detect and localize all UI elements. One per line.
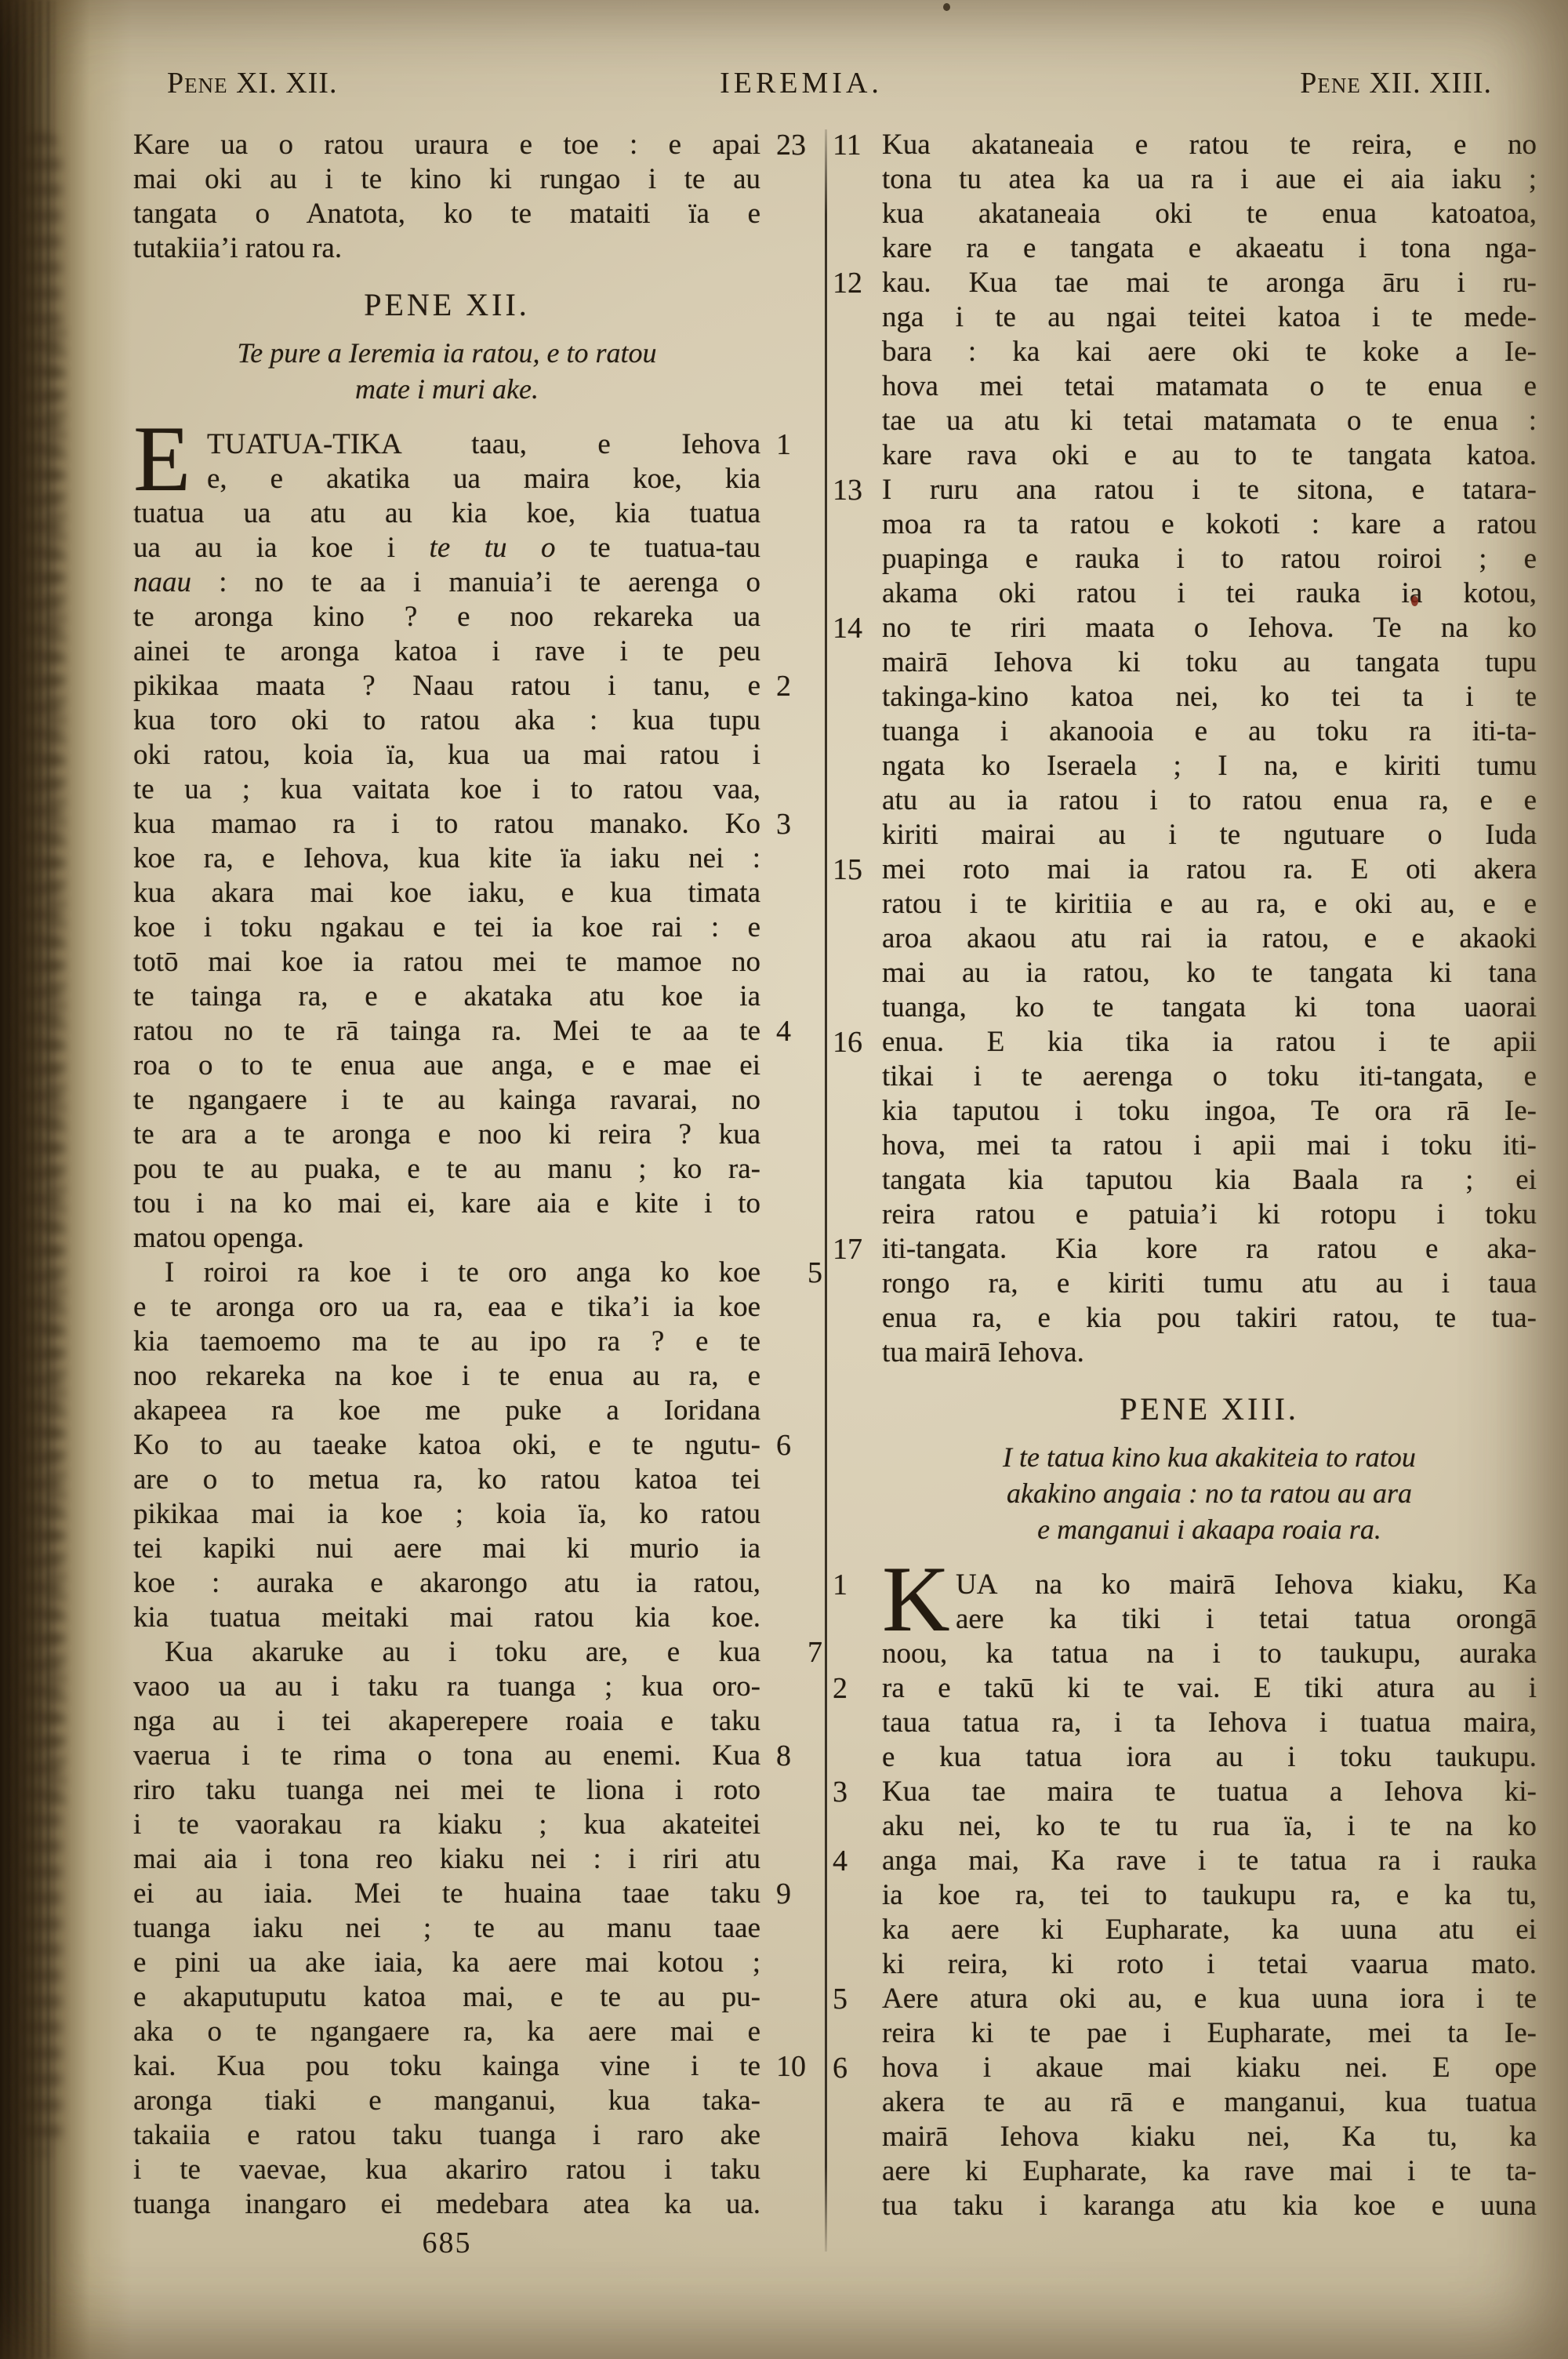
- text-segment: totō mai koe ia ratou mei te mamoe no: [133, 946, 760, 978]
- text-line: takaiia e ratou taku tuanga i raro ake: [133, 2118, 760, 2153]
- text-line: vaerua i te rima o tona au enemi. Kua8: [133, 1739, 760, 1773]
- text-segment: te tuatua-tau: [555, 532, 760, 564]
- verse-number: 3: [833, 1775, 878, 1809]
- text-segment: I roiroi ra koe i te oro anga ko koe: [165, 1256, 760, 1289]
- text-segment: kiriti mairai au i te ngutuare o Iuda: [882, 819, 1537, 851]
- text-segment: tuanga i akanooia e au toku ra iti-ta-: [882, 715, 1537, 747]
- text-segment: vaoo ua au i taku ra tuanga ; kua oro-: [133, 1670, 760, 1703]
- text-line: tei kapiki nui aere mai ki murio ia: [133, 1532, 760, 1566]
- text-line: tuanga iaku nei ; te au manu taae: [133, 1911, 760, 1946]
- text-segment: aka o te ngangaere ra, ka aere mai e: [133, 2016, 760, 2048]
- text-line: koe i toku ngakau e tei ia koe rai : e: [133, 911, 760, 945]
- text-segment: akama oki ratou i tei rauka ia kotou,: [882, 577, 1537, 609]
- text-line: ia koe ra, tei to taukupu ra, e ka tu,: [882, 1878, 1537, 1913]
- text-line: akapeea ra koe me puke a Ioridana: [133, 1394, 760, 1428]
- verse-number: 7: [776, 1635, 822, 1670]
- text-line: reira ki te pae i Eupharate, mei ta Ie-: [882, 2016, 1537, 2051]
- text-line: te ara a te aronga e noo ki reira ? kua: [133, 1118, 760, 1152]
- text-line: ngata ko Iseraela ; I na, e kiriti tumu: [882, 749, 1537, 783]
- chapter-summary-line: mate i muri ake.: [133, 371, 760, 407]
- text-line: ka aere ki Eupharate, ka uuna atu ei: [882, 1913, 1537, 1947]
- chapter-summary-line: e manganui i akaapa roaia ra.: [882, 1511, 1537, 1547]
- verse-number: 5: [776, 1256, 822, 1290]
- text-segment: tae ua atu ki tetai matamata o te enua :: [882, 405, 1537, 437]
- text-line: aere ki Eupharate, ka rave mai i te ta-: [882, 2154, 1537, 2189]
- text-segment: Kua akataneaia e ratou te reira, e no: [882, 129, 1537, 161]
- text-segment: no te riri maata o Iehova. Te na ko: [882, 612, 1537, 644]
- text-segment: ei au iaia. Mei te huaina taae taku: [133, 1877, 760, 1910]
- text-segment: aronga tiaki e manganui, kua taka-: [133, 2085, 760, 2117]
- text-line: ki reira, ki roto i tetai vaarua mato.: [882, 1947, 1537, 1982]
- text-line: tuatua ua atu au kia koe, kia tuatua: [133, 496, 760, 531]
- text-segment: kare rava oki e au to te tangata katoa.: [882, 439, 1537, 471]
- text-segment: mairā Iehova ki toku au tangata tupu: [882, 646, 1537, 678]
- text-line: mairā Iehova kiaku nei, Ka tu, ka: [882, 2120, 1537, 2154]
- verse-number: 3: [776, 807, 822, 841]
- text-line: tou i na ko mai ei, kare aia e kite i to: [133, 1187, 760, 1221]
- text-line: taua tatua ra, i ta Iehova i tuatua mair…: [882, 1706, 1537, 1740]
- text-line: noou, ka tatua na i to taukupu, auraka: [882, 1637, 1537, 1671]
- verse-number: 8: [776, 1739, 822, 1773]
- text-segment: ngata ko Iseraela ; I na, e kiriti tumu: [882, 750, 1537, 782]
- column-divider-rule: [825, 129, 827, 2252]
- text-line: roa o to te enua aue anga, e e mae ei: [133, 1049, 760, 1083]
- text-line: e kua tatua iora au i toku taukupu.: [882, 1740, 1537, 1775]
- text-segment: atu au ia ratou i to ratou enua ra, e e: [882, 784, 1537, 816]
- text-segment: tuanga inangaro ei medebara atea ka ua.: [133, 2188, 760, 2220]
- text-line: hova mei tetai matamata o te enua e: [882, 369, 1537, 404]
- verse-number: 14: [833, 611, 878, 645]
- text-line: te aronga kino ? e noo rekareka ua: [133, 600, 760, 634]
- text-segment: aroa akaou atu rai ia ratou, e e akaoki: [882, 922, 1537, 954]
- text-line: ua au ia koe i te tu o te tuatua-tau: [133, 531, 760, 565]
- verse-number: 6: [776, 1428, 822, 1463]
- text-segment: Te pure a Ieremia ia ratou, e to ratou: [238, 337, 657, 369]
- text-segment: mai aia i tona reo kiaku nei : i riri at…: [133, 1843, 760, 1875]
- text-segment: Aere atura oki au, e kua uuna iora i te: [882, 1983, 1537, 2015]
- text-line: Ko to au taeake katoa oki, e te ngutu-6: [133, 1428, 760, 1463]
- text-segment: ainei te aronga katoa i rave i te peu: [133, 635, 760, 667]
- chapter-heading: PENE XII.: [133, 286, 760, 324]
- text-line: koe : auraka e akarongo atu ia ratou,: [133, 1566, 760, 1601]
- text-segment: tua mairā Iehova.: [882, 1336, 1084, 1369]
- text-line: takinga-kino katoa nei, ko tei ta i te: [882, 680, 1537, 714]
- text-line: atu au ia ratou i to ratou enua ra, e e: [882, 783, 1537, 818]
- text-segment: nga au i tei akaperepere roaia e taku: [133, 1705, 760, 1737]
- text-segment: kua mamao ra i to ratou manako. Ko: [133, 808, 760, 840]
- text-line: Kua tae maira te tuatua a Iehova ki-3: [882, 1775, 1537, 1809]
- text-line: kiriti mairai au i te ngutuare o Iuda: [882, 818, 1537, 852]
- text-line: aku nei, ko te tu rua ïa, i te na ko: [882, 1809, 1537, 1844]
- text-line: tuanga i akanooia e au toku ra iti-ta-: [882, 714, 1537, 749]
- text-line: moa ra ta ratou e kokoti : kare a ratou: [882, 507, 1537, 542]
- text-line: matou openga.: [133, 1221, 760, 1256]
- verse-number: 23: [776, 128, 822, 162]
- text-segment: ra e takū ki te vai. E tiki atura au i: [882, 1672, 1537, 1704]
- text-segment: enua. E kia tika ia ratou i te apii: [882, 1026, 1537, 1058]
- page-number: 685: [133, 2226, 760, 2260]
- text-segment: pikikaa maata ? Naau ratou i tanu, e: [133, 670, 760, 702]
- text-segment: e, e akatika ua maira koe, kia: [207, 463, 760, 495]
- text-line: i te vaevae, kua akariro ratou i taku: [133, 2153, 760, 2187]
- text-line: reira ratou e patuia’i ki rotopu i toku: [882, 1198, 1537, 1232]
- text-segment: anga mai, Ka rave i te tatua ra i rauka: [882, 1845, 1537, 1877]
- text-line: Kua akataneaia e ratou te reira, e no11: [882, 128, 1537, 162]
- text-segment: Kare ua o ratou uraura e toe : e apai: [133, 129, 760, 161]
- running-header-right: Pene XII. XIII.: [1300, 66, 1492, 100]
- text-segment: rongo ra, e kiriti tumu atu au i taua: [882, 1267, 1537, 1299]
- text-segment: moa ra ta ratou e kokoti : kare a ratou: [882, 508, 1537, 540]
- text-segment: kare ra e tangata e akaeatu i tona nga-: [882, 232, 1537, 264]
- verse-number: 6: [833, 2051, 878, 2085]
- running-header-title: IEREMIA.: [720, 66, 883, 100]
- text-segment: tuanga iaku nei ; te au manu taae: [133, 1912, 760, 1944]
- verse-number: 16: [833, 1025, 878, 1060]
- text-segment: taua tatua ra, i ta Iehova i tuatua mair…: [882, 1707, 1537, 1739]
- text-line: kua akara mai koe iaku, e kua timata: [133, 876, 760, 911]
- text-line: vaoo ua au i taku ra tuanga ; kua oro-: [133, 1670, 760, 1704]
- text-segment: tikai i te aerenga o toku iti-tangata, e: [882, 1060, 1537, 1092]
- text-line: tuanga inangaro ei medebara atea ka ua.: [133, 2187, 760, 2222]
- text-line: totō mai koe ia ratou mei te mamoe no: [133, 945, 760, 980]
- book-page: Pene XI. XII. IEREMIA. Pene XII. XIII. K…: [0, 0, 1568, 2359]
- text-line: e te aronga oro ua ra, eaa e tika’i ia k…: [133, 1290, 760, 1325]
- text-segment: te tainga ra, e e akataka atu koe ia: [133, 980, 760, 1012]
- text-segment: e akaputuputu katoa mai, e te au pu-: [133, 1981, 760, 2013]
- text-segment: mei roto mai ia ratou ra. E oti akera: [882, 853, 1537, 885]
- text-line: tae ua atu ki tetai matamata o te enua :: [882, 404, 1537, 438]
- text-segment: mai oki au i te kino ki rungao i te au: [133, 163, 760, 195]
- verse-number: 11: [833, 128, 878, 162]
- text-line: I ruru ana ratou i te sitona, e tatara-1…: [882, 473, 1537, 507]
- text-segment: hova mei tetai matamata o te enua e: [882, 370, 1537, 402]
- text-line: tutakiia’i ratou ra.: [133, 231, 760, 266]
- text-segment: hova, mei ta ratou i apii mai i toku iti…: [882, 1129, 1537, 1161]
- text-line: tangata kia taputou kia Baala ra ; ei: [882, 1163, 1537, 1198]
- verse-number: 15: [833, 852, 878, 887]
- text-line: Kare ua o ratou uraura e toe : e apai23: [133, 128, 760, 162]
- text-segment: te ara a te aronga e noo ki reira ? kua: [133, 1118, 760, 1150]
- text-segment: takaiia e ratou taku tuanga i raro ake: [133, 2119, 760, 2151]
- text-segment: te ua ; kua vaitata koe i to ratou vaa,: [133, 773, 760, 805]
- text-line: oki ratou, koia ïa, kua ua mai ratou i: [133, 738, 760, 772]
- text-segment: Ko to au taeake katoa oki, e te ngutu-: [133, 1429, 760, 1461]
- text-segment: I te tatua kino kua akakiteia to ratou: [1003, 1441, 1416, 1473]
- text-line: aka o te ngangaere ra, ka aere mai e: [133, 2015, 760, 2049]
- text-segment: e kua tatua iora au i toku taukupu.: [882, 1741, 1537, 1773]
- text-segment: tei kapiki nui aere mai ki murio ia: [133, 1532, 760, 1565]
- text-segment: ki reira, ki roto i tetai vaarua mato.: [882, 1948, 1537, 1980]
- text-segment: mate i muri ake.: [355, 373, 539, 405]
- chapter-summary-line: akakino angaia : no ta ratou au ara: [882, 1475, 1537, 1511]
- text-line: e, e akatika ua maira koe, kia: [133, 462, 760, 496]
- text-line: hova i akaue mai kiaku nei. E ope6: [882, 2051, 1537, 2085]
- text-line: kai. Kua pou toku kainga vine i te10: [133, 2049, 760, 2084]
- text-line: kau. Kua tae mai te aronga āru i ru-12: [882, 266, 1537, 300]
- text-segment: PENE XIII.: [1120, 1391, 1299, 1427]
- text-line: enua ra, e kia pou takiri ratou, te tua-: [882, 1301, 1537, 1336]
- text-segment: i te vaorakau ra kiaku ; kua akateitei: [133, 1808, 760, 1841]
- text-line: ra e takū ki te vai. E tiki atura au i2: [882, 1671, 1537, 1706]
- text-segment: tangata o Anatota, ko te mataiti ïa e: [133, 198, 760, 230]
- text-segment: aere ka tiki i tetai tatua orongā: [956, 1603, 1537, 1635]
- text-segment: iti-tangata. Kia kore ra ratou e aka-: [882, 1233, 1537, 1265]
- text-line: riro taku tuanga nei mei te liona i roto: [133, 1773, 760, 1808]
- verse-number: 2: [833, 1671, 878, 1706]
- text-line: aere ka tiki i tetai tatua orongā: [882, 1602, 1537, 1637]
- text-line: mai au ia ratou, ko te tangata ki tana: [882, 956, 1537, 990]
- text-segment: tutakiia’i ratou ra.: [133, 232, 342, 264]
- text-line: ei au iaia. Mei te huaina taae taku9: [133, 1877, 760, 1911]
- chapter-heading: PENE XIII.: [882, 1390, 1537, 1428]
- text-segment: roa o to te enua aue anga, e e mae ei: [133, 1049, 760, 1081]
- chapter-summary-line: I te tatua kino kua akakiteia to ratou: [882, 1439, 1537, 1475]
- verse-number: 13: [833, 473, 878, 507]
- text-line: anga mai, Ka rave i te tatua ra i rauka4: [882, 1844, 1537, 1878]
- text-line: pikikaa maata ? Naau ratou i tanu, e2: [133, 669, 760, 703]
- text-segment: mai au ia ratou, ko te tangata ki tana: [882, 957, 1537, 989]
- text-segment: pou te au puaka, e te au manu ; ko ra-: [133, 1153, 760, 1185]
- text-line: kare rava oki e au to te tangata katoa.: [882, 438, 1537, 473]
- text-line: e pini ua ake iaia, ka aere mai kotou ;: [133, 1946, 760, 1980]
- text-line: kua akataneaia oki te enua katoatoa,: [882, 197, 1537, 231]
- page-edge-bleed-text: [45, 329, 66, 1810]
- text-line: ainei te aronga katoa i rave i te peu: [133, 634, 760, 669]
- text-segment: : no te aa i manuia’i te aerenga o: [191, 566, 760, 598]
- text-segment: reira ratou e patuia’i ki rotopu i toku: [882, 1198, 1537, 1230]
- text-segment: kua toro oki to ratou aka : kua tupu: [133, 704, 760, 736]
- text-line: are o to metua ra, ko ratou katoa tei: [133, 1463, 760, 1497]
- text-line: kare ra e tangata e akaeatu i tona nga-: [882, 231, 1537, 266]
- text-segment: koe i toku ngakau e tei ia koe rai : e: [133, 911, 760, 943]
- italic-text-segment: naau: [133, 566, 191, 598]
- text-line: mairā Iehova ki toku au tangata tupu: [882, 645, 1537, 680]
- text-segment: pikikaa mai ia koe ; koia ïa, ko ratou: [133, 1498, 760, 1530]
- text-column-right: Kua akataneaia e ratou te reira, e no11t…: [882, 128, 1537, 2223]
- text-line: no te riri maata o Iehova. Te na ko14: [882, 611, 1537, 645]
- italic-text-segment: te tu o: [430, 532, 556, 564]
- verse-number: 4: [833, 1844, 878, 1878]
- text-line: koe ra, e Iehova, kua kite ïa iaku nei :: [133, 841, 760, 876]
- text-segment: akakino angaia : no ta ratou au ara: [1007, 1478, 1412, 1509]
- text-segment: kua akataneaia oki te enua katoatoa,: [882, 198, 1537, 230]
- text-segment: koe ra, e Iehova, kua kite ïa iaku nei :: [133, 842, 760, 874]
- text-line: Kua akaruke au i toku are, e kua7: [133, 1635, 760, 1670]
- text-segment: matou openga.: [133, 1222, 304, 1254]
- text-segment: enua ra, e kia pou takiri ratou, te tua-: [882, 1302, 1537, 1334]
- text-line: enua. E kia tika ia ratou i te apii16: [882, 1025, 1537, 1060]
- text-line: noo rekareka na koe i te enua au ra, e: [133, 1359, 760, 1394]
- text-segment: e pini ua ake iaia, ka aere mai kotou ;: [133, 1946, 760, 1979]
- text-line: tona tu atea ka ua ra i aue ei aia iaku …: [882, 162, 1537, 197]
- text-line: e akaputuputu katoa mai, e te au pu-: [133, 1980, 760, 2015]
- text-segment: takinga-kino katoa nei, ko tei ta i te: [882, 681, 1537, 713]
- text-line: tuanga, ko te tangata ki tona uaorai: [882, 990, 1537, 1025]
- text-segment: reira ki te pae i Eupharate, mei ta Ie-: [882, 2017, 1537, 2049]
- text-segment: noo rekareka na koe i te enua au ra, e: [133, 1360, 760, 1392]
- text-segment: noou, ka tatua na i to taukupu, auraka: [882, 1637, 1537, 1670]
- text-segment: kai. Kua pou toku kainga vine i te: [133, 2050, 760, 2082]
- ink-fleck: [1411, 596, 1418, 606]
- text-line: nga i te au ngai teitei katoa i te mede-: [882, 300, 1537, 335]
- text-line: naau : no te aa i manuia’i te aerenga o: [133, 565, 760, 600]
- text-segment: tou i na ko mai ei, kare aia e kite i to: [133, 1187, 760, 1219]
- text-segment: UA na ko mairā Iehova kiaku, Ka: [956, 1568, 1537, 1601]
- text-line: mei roto mai ia ratou ra. E oti akera15: [882, 852, 1537, 887]
- text-segment: kia taemoemo ma te au ipo ra ? e te: [133, 1325, 760, 1358]
- verse-number: 1: [833, 1568, 878, 1602]
- text-line: bara : ka kai aere oki te koke a Ie-: [882, 335, 1537, 369]
- text-segment: hova i akaue mai kiaku nei. E ope: [882, 2052, 1537, 2084]
- text-line: tua taku i karanga atu kia koe e uuna: [882, 2189, 1537, 2223]
- text-line: iti-tangata. Kia kore ra ratou e aka-17: [882, 1232, 1537, 1267]
- text-line: pou te au puaka, e te au manu ; ko ra-: [133, 1152, 760, 1187]
- text-line: te ngangaere i te au kainga ravarai, no: [133, 1083, 760, 1118]
- running-header-left: Pene XI. XII.: [167, 66, 337, 100]
- text-segment: tuatua ua atu au kia koe, kia tuatua: [133, 497, 760, 529]
- text-segment: bara : ka kai aere oki te koke a Ie-: [882, 336, 1537, 368]
- text-segment: Kua tae maira te tuatua a Iehova ki-: [882, 1776, 1537, 1808]
- text-line: tikai i te aerenga o toku iti-tangata, e: [882, 1060, 1537, 1094]
- text-line: I roiroi ra koe i te oro anga ko koe5: [133, 1256, 760, 1290]
- text-line: rongo ra, e kiriti tumu atu au i taua: [882, 1267, 1537, 1301]
- text-line: aroa akaou atu rai ia ratou, e e akaoki: [882, 921, 1537, 956]
- text-line: tua mairā Iehova.: [882, 1336, 1537, 1370]
- text-segment: e manganui i akaapa roaia ra.: [1037, 1514, 1381, 1545]
- text-line: kia taputou i toku ingoa, Te ora rā Ie-: [882, 1094, 1537, 1129]
- text-line: Aere atura oki au, e kua uuna iora i te5: [882, 1982, 1537, 2016]
- text-segment: TUATUA-TIKA taau, e Iehova: [207, 428, 760, 460]
- text-segment: vaerua i te rima o tona au enemi. Kua: [133, 1739, 760, 1772]
- text-line: te ua ; kua vaitata koe i to ratou vaa,: [133, 772, 760, 807]
- text-line: ETUATUA-TIKA taau, e Iehova1: [133, 427, 760, 462]
- text-segment: aku nei, ko te tu rua ïa, i te na ko: [882, 1810, 1537, 1842]
- text-segment: akapeea ra koe me puke a Ioridana: [133, 1394, 760, 1427]
- text-segment: te aronga kino ? e noo rekareka ua: [133, 601, 760, 633]
- text-segment: i te vaevae, kua akariro ratou i taku: [133, 2154, 760, 2186]
- text-segment: nga i te au ngai teitei katoa i te mede-: [882, 301, 1537, 333]
- text-segment: aere ki Eupharate, ka rave mai i te ta-: [882, 2155, 1537, 2187]
- text-line: kia tuatua meitaki mai ratou kia koe.: [133, 1601, 760, 1635]
- text-segment: ratou no te rā tainga ra. Mei te aa te: [133, 1015, 760, 1047]
- text-segment: PENE XII.: [364, 287, 530, 322]
- text-column-left: Kare ua o ratou uraura e toe : e apai23m…: [133, 128, 760, 2222]
- text-segment: tuanga, ko te tangata ki tona uaorai: [882, 991, 1537, 1023]
- text-line: akama oki ratou i tei rauka ia kotou,: [882, 576, 1537, 611]
- verse-number: 9: [776, 1877, 822, 1911]
- text-segment: te ngangaere i te au kainga ravarai, no: [133, 1084, 760, 1116]
- text-segment: akera te au rā e manganui, kua tuatua: [882, 2086, 1537, 2118]
- text-line: akera te au rā e manganui, kua tuatua: [882, 2085, 1537, 2120]
- text-line: kua toro oki to ratou aka : kua tupu: [133, 703, 760, 738]
- text-segment: tua taku i karanga atu kia koe e uuna: [882, 2190, 1537, 2222]
- text-line: KUA na ko mairā Iehova kiaku, Ka1: [882, 1568, 1537, 1602]
- text-segment: kua akara mai koe iaku, e kua timata: [133, 877, 760, 909]
- text-segment: kia tuatua meitaki mai ratou kia koe.: [133, 1601, 760, 1634]
- verse-number: 4: [776, 1014, 822, 1049]
- text-segment: riro taku tuanga nei mei te liona i roto: [133, 1774, 760, 1806]
- verse-number: 10: [776, 2049, 822, 2084]
- text-segment: kia taputou i toku ingoa, Te ora rā Ie-: [882, 1095, 1537, 1127]
- text-line: kua mamao ra i to ratou manako. Ko3: [133, 807, 760, 841]
- paper-speck: [943, 3, 950, 11]
- text-line: aronga tiaki e manganui, kua taka-: [133, 2084, 760, 2118]
- text-segment: ia koe ra, tei to taukupu ra, e ka tu,: [882, 1879, 1537, 1911]
- verse-number: 2: [776, 669, 822, 703]
- text-line: kia taemoemo ma te au ipo ra ? e te: [133, 1325, 760, 1359]
- verse-number: 5: [833, 1982, 878, 2016]
- verse-number: 12: [833, 266, 878, 300]
- text-segment: e te aronga oro ua ra, eaa e tika’i ia k…: [133, 1291, 760, 1323]
- text-line: ratou i te kiritiia e au ra, e oki au, e…: [882, 887, 1537, 921]
- text-segment: mairā Iehova kiaku nei, Ka tu, ka: [882, 2121, 1537, 2153]
- text-segment: puapinga e rauka i to ratou roiroi ; e: [882, 543, 1537, 575]
- text-segment: tona tu atea ka ua ra i aue ei aia iaku …: [882, 163, 1537, 195]
- text-line: hova, mei ta ratou i apii mai i toku iti…: [882, 1129, 1537, 1163]
- text-segment: kau. Kua tae mai te aronga āru i ru-: [882, 267, 1537, 299]
- text-line: mai oki au i te kino ki rungao i te au: [133, 162, 760, 197]
- verse-number: 1: [776, 427, 822, 462]
- text-segment: Kua akaruke au i toku are, e kua: [165, 1636, 760, 1668]
- text-line: puapinga e rauka i to ratou roiroi ; e: [882, 542, 1537, 576]
- text-line: mai aia i tona reo kiaku nei : i riri at…: [133, 1842, 760, 1877]
- text-line: pikikaa mai ia koe ; koia ïa, ko ratou: [133, 1497, 760, 1532]
- text-segment: tangata kia taputou kia Baala ra ; ei: [882, 1164, 1537, 1196]
- text-line: i te vaorakau ra kiaku ; kua akateitei: [133, 1808, 760, 1842]
- text-segment: I ruru ana ratou i te sitona, e tatara-: [882, 474, 1537, 506]
- text-segment: oki ratou, koia ïa, kua ua mai ratou i: [133, 739, 760, 771]
- text-segment: ratou i te kiritiia e au ra, e oki au, e…: [882, 888, 1537, 920]
- verse-number: 17: [833, 1232, 878, 1267]
- text-line: ratou no te rā tainga ra. Mei te aa te4: [133, 1014, 760, 1049]
- chapter-summary-line: Te pure a Ieremia ia ratou, e to ratou: [133, 335, 760, 371]
- text-segment: ka aere ki Eupharate, ka uuna atu ei: [882, 1914, 1537, 1946]
- text-segment: are o to metua ra, ko ratou katoa tei: [133, 1463, 760, 1496]
- text-segment: ua au ia koe i: [133, 532, 430, 564]
- text-line: te tainga ra, e e akataka atu koe ia: [133, 980, 760, 1014]
- text-line: tangata o Anatota, ko te mataiti ïa e: [133, 197, 760, 231]
- text-line: nga au i tei akaperepere roaia e taku: [133, 1704, 760, 1739]
- text-segment: koe : auraka e akarongo atu ia ratou,: [133, 1567, 760, 1599]
